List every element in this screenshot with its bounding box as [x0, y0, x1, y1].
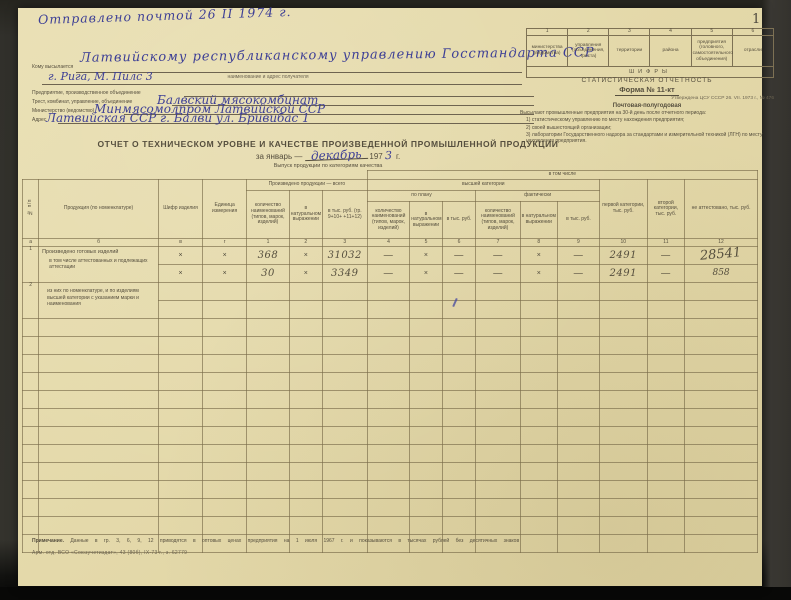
page-number: 1 [752, 12, 760, 27]
r1a-c11: — [647, 247, 684, 265]
r1a-c2: × [289, 247, 322, 265]
header-band-row: в том числе [23, 171, 758, 180]
subgroup-actual: фактически [476, 191, 599, 202]
recipient-item: 1) статистическому управлению по месту н… [520, 117, 774, 123]
col-header-unit: Единица измерения [203, 180, 247, 239]
codes-footer-row: ШИФРЫ [527, 67, 774, 78]
send-instructions-intro: Высылают промышленные предприятия на 30-… [520, 110, 774, 116]
r1b-c3: 3349 [322, 265, 367, 283]
form-number: Форма № 11-кт [520, 85, 774, 94]
row-label: Произведено готовых изделий в том числе … [39, 247, 159, 283]
codes-header-row: министерства (ведомства) управления (объ… [527, 36, 774, 67]
row-number: 1 [23, 247, 39, 283]
addressee-handwriting-line1: Латвийскому республиканскому управлению … [80, 45, 595, 65]
table-row [23, 445, 758, 463]
col-header-natural: в натуральном выражении [410, 202, 442, 239]
period-handwriting-month: декабрь [304, 150, 367, 161]
r1a-c10: 2491 [599, 247, 647, 265]
r1a-c6: — [442, 247, 476, 265]
col-header-thous-rub-total: в тыс. руб. (гр. 9+10+ +11+12) [322, 191, 367, 239]
report-title-block: ОТЧЕТ О ТЕХНИЧЕСКОМ УРОВНЕ И КАЧЕСТВЕ ПР… [58, 139, 598, 169]
row-number: 2 [23, 283, 39, 319]
header-groups-row: № п/п Продукция (по номенклатуре) Шифр и… [23, 180, 758, 191]
table-row [23, 463, 758, 481]
footnote-label: Примечание. [32, 538, 64, 544]
r1b-c10: 2491 [599, 265, 647, 283]
col-header-first-category: первой категории, тыс. руб. [599, 180, 647, 239]
r1a-c5: × [410, 247, 442, 265]
row-label: из них по номенклатуре, и по изделиям вы… [39, 283, 159, 319]
col-header-not-attested: не аттестовано, тыс. руб. [685, 180, 758, 239]
r1b-unit: × [203, 265, 247, 283]
scanned-form-page: Отправлено почтой 26 II 1974 г. 1 Кому в… [18, 8, 762, 586]
table-row [23, 355, 758, 373]
addressee-rule-line2 [42, 84, 522, 85]
col-header-product: Продукция (по номенклатуре) [39, 180, 159, 239]
footnote: Примечание. Данные в гр. 3, 6, 9, 12 при… [32, 538, 746, 544]
r1a-shifr: × [158, 247, 202, 265]
codes-table: 1 2 3 4 5 6 министерства (ведомства) упр… [526, 28, 774, 78]
period-print-prefix: за январь — [256, 152, 303, 161]
print-imprint: Арм. отд. ВСО «Союзучетиздат», 43 (80б),… [32, 550, 187, 556]
approved-line: Утверждена ЦСУ СССР 26. VII. 1973 г., № … [520, 96, 774, 101]
report-period-line: за январь — декабрь 1973 г. [58, 151, 598, 161]
r1a-unit: × [203, 247, 247, 265]
r1b-c12: 858 [685, 265, 758, 283]
recipient-item: 2) своей вышестоящей организации; [520, 125, 774, 131]
r1b-c8: × [520, 265, 557, 283]
col-header-thous-rub: в тыс. руб. [558, 202, 600, 239]
col-header-qty-names: количество наименований (типов, марок, и… [247, 191, 290, 239]
org-field-label: Адрес [32, 117, 46, 123]
table-row [23, 499, 758, 517]
r1b-c2: × [289, 265, 322, 283]
r1a-c3: 31032 [322, 247, 367, 265]
org-field-address: Адрес Латвийская ССР г. Балви ул. Бривиб… [32, 115, 534, 124]
period-handwriting-year-digit: 3 [383, 152, 394, 160]
table-row-nomenclature: 2 из них по номенклатуре, и по изделиям … [23, 283, 758, 301]
period-print-year: 197 [369, 152, 382, 161]
r1b-c6: — [442, 265, 476, 283]
row1-label-line1: Произведено готовых изделий [42, 249, 155, 255]
r1b-c7: — [476, 265, 520, 283]
col-header-second-category: второй категории, тыс. руб. [647, 180, 684, 239]
addressee-handwriting-line2: г. Рига, М. Пилс 3 [48, 70, 153, 83]
col-header-shifr: Шифр изделия [158, 180, 202, 239]
group-produced-total: Произведено продукции — всего [247, 180, 368, 191]
subgroup-by-plan: по плану [367, 191, 476, 202]
row1-label-line2: в том числе аттестованных и подлежащих а… [42, 259, 155, 270]
column-marks-row: аб вг 12 34 56 78 910 1112 [23, 239, 758, 247]
codes-number-row: 1 2 3 4 5 6 [527, 29, 774, 36]
table-row [23, 337, 758, 355]
col-header-npp: № п/п [23, 180, 39, 239]
period-print-suffix: г. [396, 152, 400, 161]
r1a-c9: — [558, 247, 600, 265]
col-header-qty-names: количество наименований (типов, марок, и… [367, 202, 410, 239]
r1b-c1: 30 [247, 265, 290, 283]
r1b-c5: × [410, 265, 442, 283]
r1b-c9: — [558, 265, 600, 283]
group-highest-category: высшей категории [367, 180, 599, 191]
table-row [23, 373, 758, 391]
table-row [23, 427, 758, 445]
r1b-shifr: × [158, 265, 202, 283]
r1a-c12: 28541 [685, 247, 758, 265]
org-field-label: Предприятие, производственное объединени… [32, 90, 141, 96]
form-meta: СТАТИСТИЧЕСКАЯ ОТЧЕТНОСТЬ Форма № 11-кт … [520, 77, 774, 144]
col-header-thous-rub: в тыс. руб. [442, 202, 476, 239]
postal-note-handwriting: Отправлено почтой 26 II 1974 г. [38, 4, 292, 27]
footnote-text: Данные в гр. 3, 6, 9, 12 приводятся в оп… [70, 538, 519, 544]
row2-label: из них по номенклатуре, и по изделиям вы… [42, 288, 155, 308]
table-row [23, 517, 758, 535]
report-subtitle: Выпуск продукции по категориям качества [58, 163, 598, 169]
col-header-natural: в натуральном выражении [520, 202, 557, 239]
org-field-value: Латвийская ССР г. Балви ул. Бривибас 1 [46, 111, 310, 125]
scanner-background-bottom [0, 587, 791, 600]
r1a-c1: 368 [247, 247, 290, 265]
table-row [23, 391, 758, 409]
codes-footer: ШИФРЫ [527, 67, 774, 78]
r1b-c11: — [647, 265, 684, 283]
table-row-produced: 1 Произведено готовых изделий в том числ… [23, 247, 758, 265]
statistical-reporting-label: СТАТИСТИЧЕСКАЯ ОТЧЕТНОСТЬ [520, 77, 774, 84]
band-including: в том числе [367, 171, 757, 180]
r1a-c8: × [520, 247, 557, 265]
r1a-c7: — [476, 247, 520, 265]
r1b-c4: — [367, 265, 410, 283]
table-row [23, 319, 758, 337]
quality-report-table: в том числе № п/п Продукция (по номенкла… [22, 170, 758, 553]
col-header-qty-names: количество наименований (типов, марок, и… [476, 202, 520, 239]
table-row [23, 481, 758, 499]
table-row [23, 409, 758, 427]
addressee-caption: наименование и адрес получателя [168, 74, 368, 80]
r1a-c4: — [367, 247, 410, 265]
col-header-natural: в натуральном выражении [289, 191, 322, 239]
periodicity-label: Почтовая-полугодовая [520, 103, 774, 109]
